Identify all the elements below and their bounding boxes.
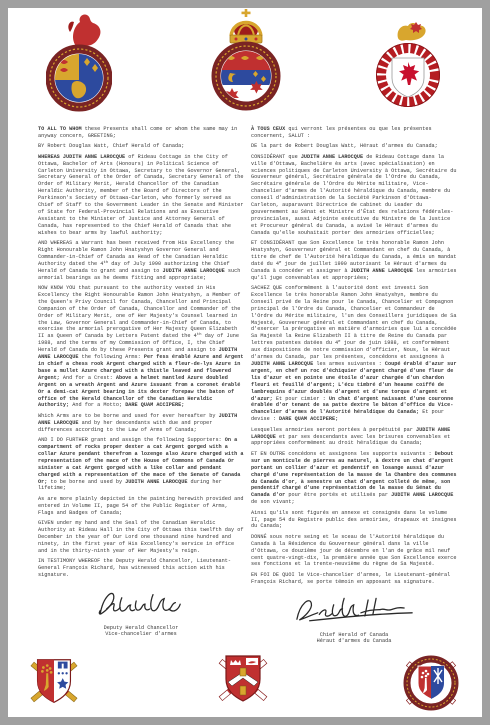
herald-roundel-crossed-batons-badge-icon	[396, 652, 466, 714]
crown-royal-arms-roundel-badge-icon	[210, 8, 282, 112]
en-clause-by: BY Robert Douglas Watt, Chief Herald of …	[38, 143, 244, 150]
en-clause-whereas: WHEREAS JUDITH ANNE LAROCQUE of Rideau C…	[38, 154, 244, 237]
letters-patent-text: TO ALL TO WHOM these Presents shall come…	[38, 126, 458, 645]
herald-red-shield-crossed-batons-badge-icon	[210, 648, 276, 712]
fr-clause-supports: ET EN OUTRE concédons et assignons les s…	[251, 451, 457, 506]
herald-shield-crossed-batons-badge-icon	[20, 652, 88, 712]
fr-clause-sachez: SACHEZ QUE conformément à l'autorité don…	[251, 285, 457, 423]
fr-clause-et-considerant: ET CONSIDÉRANT que Son Excellence le trè…	[251, 240, 457, 281]
en-clause-warrant: AND WHEREAS a Warrant has been received …	[38, 240, 244, 281]
en-clause-greeting: TO ALL TO WHOM these Presents shall come…	[38, 126, 244, 140]
en-clause-testimony: IN TESTIMONY WHEREOF the Deputy Herald C…	[38, 558, 244, 579]
letters-patent-page: TO ALL TO WHOM these Presents shall come…	[8, 8, 482, 717]
fr-clause-en-foi: EN FOI DE QUOI le Vice-chancelier d'arme…	[251, 572, 457, 586]
fr-clause-annexe: Ainsi qu'ils sont figurés en annexe et c…	[251, 510, 457, 531]
deputy-herald-chancellor-signature	[86, 585, 196, 625]
lion-crest-quartered-roundel-badge-icon	[46, 12, 112, 112]
en-clause-grant-arms: NOW KNOW YOU that pursuant to the author…	[38, 285, 244, 409]
french-column: À TOUS CEUX qui verront les présentes ou…	[251, 126, 457, 645]
chief-herald-signature	[282, 592, 427, 632]
chief-herald-signature-block: Chief Herald of Canada Héraut d'armes du…	[251, 592, 457, 645]
en-clause-given: GIVEN under my hand and the Seal of the …	[38, 520, 244, 555]
en-clause-borne: Which Arms are to be borne and used for …	[38, 413, 244, 434]
maple-leaf-wreath-shield-badge-icon	[376, 20, 440, 112]
fr-clause-donne: DONNÉ sous notre seing et le sceau de l'…	[251, 534, 457, 569]
en-clause-register: As are more plainly depicted in the pain…	[38, 496, 244, 517]
deputy-herald-chancellor-signature-block: Deputy Herald Chancellor Vice-chancelier…	[38, 585, 244, 638]
fr-clause-portees: Lesquelles armoiries seront portées à pe…	[251, 427, 457, 448]
fr-clause-considerant: CONSIDÉRANT que JUDITH ANNE LAROCQUE de …	[251, 154, 457, 237]
fr-clause-de: DE la part de Robert Douglas Watt, Hérau…	[251, 143, 457, 150]
deputy-herald-chancellor-caption-fr: Vice-chancelier d'armes	[38, 631, 244, 638]
chief-herald-caption-fr: Héraut d'armes du Canada	[251, 638, 457, 645]
fr-clause-salut: À TOUS CEUX qui verront les présentes ou…	[251, 126, 457, 140]
letters-patent-document: { "colors": { "frame": "#a0a0a0", "paper…	[0, 0, 490, 725]
lion-crest	[73, 14, 100, 47]
en-clause-supporters: AND I DO FURTHER grant and assign the fo…	[38, 437, 244, 492]
english-column: TO ALL TO WHOM these Presents shall come…	[38, 126, 244, 645]
